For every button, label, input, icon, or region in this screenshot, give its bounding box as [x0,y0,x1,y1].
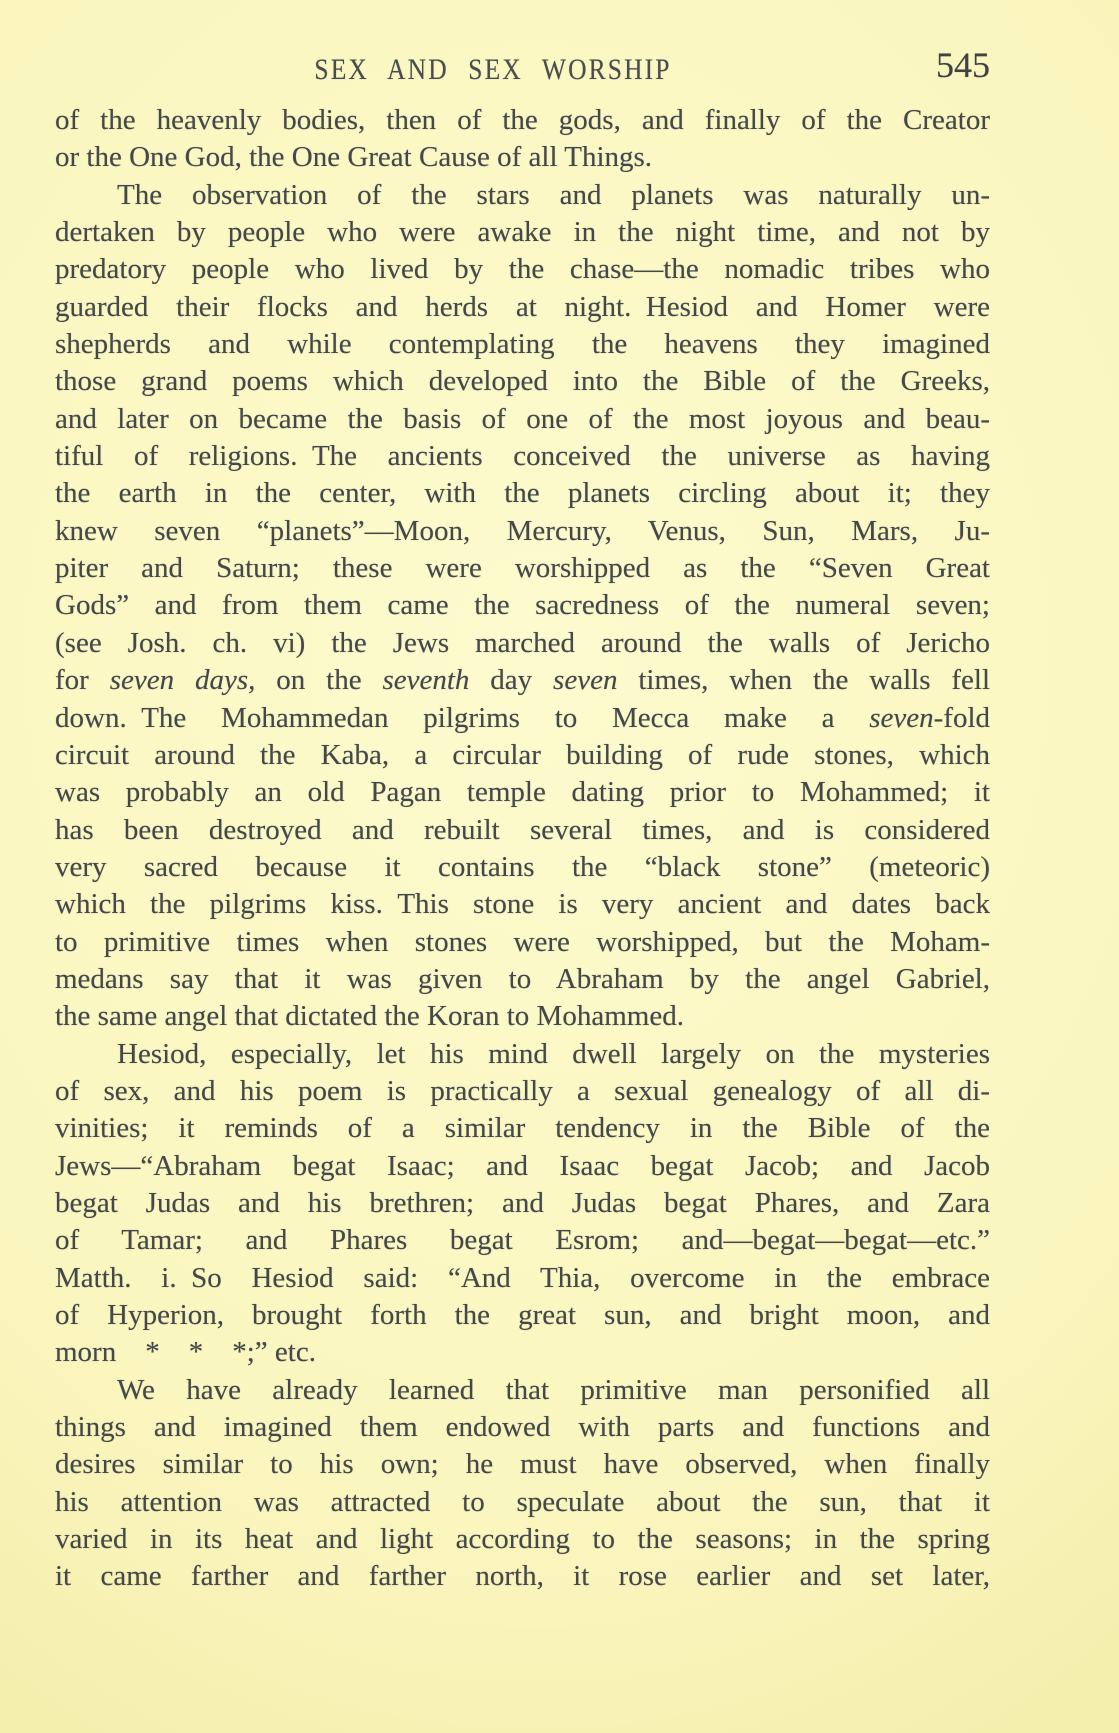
text-line: very sacred because it contains the “bla… [55,849,990,886]
page-body-text: of the heavenly bodies, then of the gods… [55,102,990,1596]
text-line: knew seven “planets”—Moon, Mercury, Venu… [55,513,990,550]
text-segment: the same angel that dictated the Koran t… [55,1000,684,1032]
text-line: desires similar to his own; he must have… [55,1446,990,1483]
text-line: down. The Mohammedan pilgrims to Mecca m… [55,700,990,737]
text-segment: guarded their flocks and herds at night.… [55,291,990,323]
text-segment: Hesiod, especially, let his mind dwell l… [117,1038,990,1070]
text-segment: those grand poems which developed into t… [55,365,990,397]
text-line: and later on became the basis of one of … [55,401,990,438]
text-line: Hesiod, especially, let his mind dwell l… [55,1036,990,1073]
text-line: for seven days, on the seventh day seven… [55,662,990,699]
text-segment: Matth. i. So Hesiod said: “And Thia, ove… [55,1262,990,1294]
text-segment: things and imagined them endowed with pa… [55,1411,990,1443]
text-line: predatory people who lived by the chase—… [55,251,990,288]
text-line: of Tamar; and Phares begat Esrom; and—be… [55,1222,990,1259]
text-line: vinities; it reminds of a similar tenden… [55,1110,990,1147]
text-segment: of Hyperion, brought forth the great sun… [55,1299,990,1331]
text-line: morn * * *;” etc. [55,1334,990,1371]
text-segment: his attention was attracted to speculate… [55,1486,990,1518]
text-segment: to primitive times when stones were wors… [55,926,990,958]
text-segment: for [55,664,110,696]
text-line: which the pilgrims kiss. This stone is v… [55,886,990,923]
text-segment: desires similar to his own; he must have… [55,1448,990,1480]
text-line: of the heavenly bodies, then of the gods… [55,102,990,139]
text-segment: on the [255,664,382,696]
text-line: guarded their flocks and herds at night.… [55,289,990,326]
text-segment: (see Josh. ch. vi) the Jews marched arou… [55,627,990,659]
text-segment: has been destroyed and rebuilt several t… [55,814,990,846]
text-segment: shepherds and while contemplating the he… [55,328,990,360]
text-segment: of the heavenly bodies, then of the gods… [55,104,990,136]
text-line: medans say that it was given to Abraham … [55,961,990,998]
text-segment: dertaken by people who were awake in the… [55,216,990,248]
italic-text-segment: seven days, [110,664,256,696]
text-segment: piter and Saturn; these were worshipped … [55,552,990,584]
text-line: his attention was attracted to speculate… [55,1484,990,1521]
text-segment: begat Judas and his brethren; and Judas … [55,1187,990,1219]
text-segment: knew seven “planets”—Moon, Mercury, Venu… [55,515,990,547]
text-line: the same angel that dictated the Koran t… [55,998,990,1035]
text-line: The observation of the stars and planets… [55,177,990,214]
text-line: shepherds and while contemplating the he… [55,326,990,363]
text-segment: vinities; it reminds of a similar tenden… [55,1112,990,1144]
text-line: those grand poems which developed into t… [55,363,990,400]
text-segment: or the One God, the One Great Cause of a… [55,141,652,173]
text-segment: down. The Mohammedan pilgrims to Mecca m… [55,702,869,734]
italic-text-segment: seven [553,664,617,696]
text-segment: and later on became the basis of one of … [55,403,990,435]
text-line: or the One God, the One Great Cause of a… [55,139,990,176]
paragraph: of the heavenly bodies, then of the gods… [55,102,990,177]
text-line: begat Judas and his brethren; and Judas … [55,1185,990,1222]
text-line: of Hyperion, brought forth the great sun… [55,1297,990,1334]
text-line: We have already learned that primitive m… [55,1372,990,1409]
text-line: has been destroyed and rebuilt several t… [55,812,990,849]
text-line: (see Josh. ch. vi) the Jews marched arou… [55,625,990,662]
paragraph: We have already learned that primitive m… [55,1372,990,1596]
running-header: SEX AND SEX WORSHIP 545 [55,50,990,94]
text-segment: varied in its heat and light according t… [55,1523,990,1555]
text-segment: medans say that it was given to Abraham … [55,963,990,995]
paragraph: The observation of the stars and planets… [55,177,990,1036]
text-segment: times, when the walls fell [617,664,990,696]
text-segment: circuit around the Kaba, a circular buil… [55,739,990,771]
text-line: things and imagined them endowed with pa… [55,1409,990,1446]
text-segment: day [469,664,553,696]
italic-text-segment: seventh [382,664,469,696]
text-line: to primitive times when stones were wors… [55,924,990,961]
paragraph: Hesiod, especially, let his mind dwell l… [55,1036,990,1372]
text-segment: it came farther and farther north, it ro… [55,1560,990,1592]
text-line: of sex, and his poem is practically a se… [55,1073,990,1110]
text-segment: The observation of the stars and planets… [117,179,990,211]
page-number: 545 [936,44,990,86]
text-line: it came farther and farther north, it ro… [55,1558,990,1595]
text-line: piter and Saturn; these were worshipped … [55,550,990,587]
text-segment: of Tamar; and Phares begat Esrom; and—be… [55,1224,990,1256]
text-segment: the earth in the center, with the planet… [55,477,990,509]
text-line: circuit around the Kaba, a circular buil… [55,737,990,774]
text-line: Matth. i. So Hesiod said: “And Thia, ove… [55,1260,990,1297]
text-segment: Jews—“Abraham begat Isaac; and Isaac beg… [55,1150,990,1182]
text-segment: of sex, and his poem is practically a se… [55,1075,990,1107]
text-line: the earth in the center, with the planet… [55,475,990,512]
text-segment: tiful of religions. The ancients conceiv… [55,440,990,472]
text-segment: We have already learned that primitive m… [117,1374,990,1406]
text-line: was probably an old Pagan temple dating … [55,774,990,811]
text-segment: was probably an old Pagan temple dating … [55,776,990,808]
text-line: tiful of religions. The ancients conceiv… [55,438,990,475]
text-segment: which the pilgrims kiss. This stone is v… [55,888,990,920]
text-segment: Gods” and from them came the sacredness … [55,589,990,621]
text-line: dertaken by people who were awake in the… [55,214,990,251]
text-line: Gods” and from them came the sacredness … [55,587,990,624]
italic-text-segment: seven [869,702,933,734]
text-segment: predatory people who lived by the chase—… [55,253,990,285]
text-line: varied in its heat and light according t… [55,1521,990,1558]
book-page-scan: SEX AND SEX WORSHIP 545 of the heavenly … [0,0,1119,1733]
text-segment: very sacred because it contains the “bla… [55,851,990,883]
running-header-title: SEX AND SEX WORSHIP [314,53,671,87]
text-segment: morn * * *;” etc. [55,1336,316,1368]
text-segment: -fold [934,702,990,734]
text-line: Jews—“Abraham begat Isaac; and Isaac beg… [55,1148,990,1185]
